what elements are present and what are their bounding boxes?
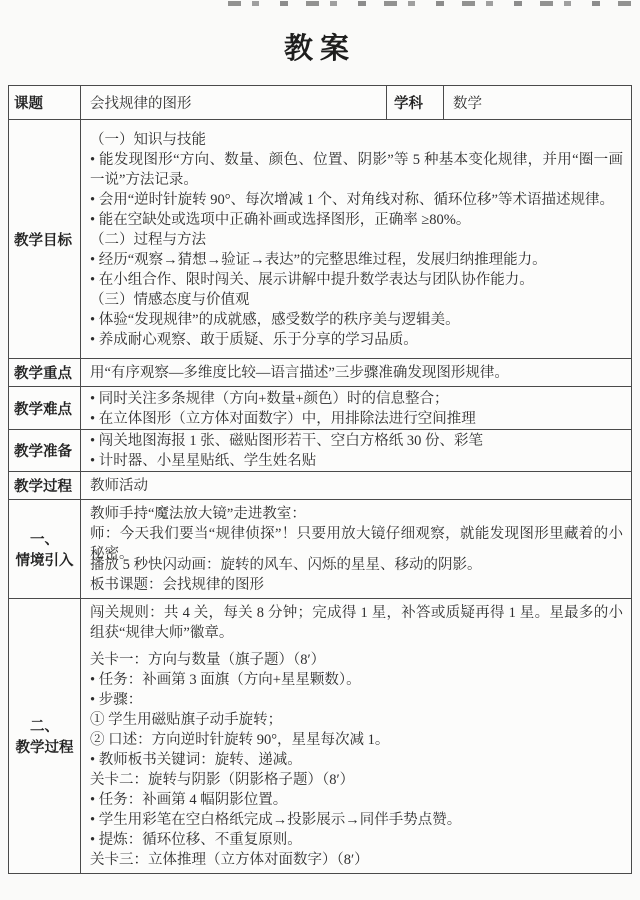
intro-content: 教师手持“魔法放大镜”走进教室： 师：今天我们要当“规律侦探”！只要用放大镜仔细… bbox=[81, 500, 631, 598]
text-line: 教师活动 bbox=[90, 476, 623, 496]
text-line: • 体验“发现规律”的成就感，感受数学的秩序美与逻辑美。 bbox=[90, 310, 623, 330]
text-line: 用“有序观察—多维度比较—语言描述”三步骤准确发现图形规律。 bbox=[90, 363, 623, 383]
text-line: 教师手持“魔法放大镜”走进教室： bbox=[90, 504, 623, 524]
text-line: • 在立体图形（立方体对面数字）中，用排除法进行空间推理 bbox=[90, 409, 623, 429]
difficulties-label: 教学难点 bbox=[9, 387, 81, 429]
text-line: • 能发现图形“方向、数量、颜色、位置、阴影”等 5 种基本变化规律，并用“圈一… bbox=[90, 150, 623, 190]
text-line: 关卡二：旋转与阴影（阴影格子题）（8′） bbox=[90, 770, 623, 790]
preparation-content: • 闯关地图海报 1 张、磁贴图形若干、空白方格纸 30 份、彩笔 • 计时器、… bbox=[81, 430, 631, 471]
text-line: ① 学生用磁贴旗子动手旋转； bbox=[90, 710, 623, 730]
table-row-intro: 一、 情境引入 教师手持“魔法放大镜”走进教室： 师：今天我们要当“规律侦探”！… bbox=[9, 499, 631, 598]
main-process-label: 二、 教学过程 bbox=[9, 599, 81, 873]
main-process-label-text: 教学过程 bbox=[9, 736, 80, 757]
topic-value: 会找规律的图形 bbox=[81, 86, 386, 119]
text-line: • 学生用彩笔在空白格纸完成→投影展示→同伴手势点赞。 bbox=[90, 810, 623, 830]
objectives-content: （一）知识与技能 • 能发现图形“方向、数量、颜色、位置、阴影”等 5 种基本变… bbox=[81, 120, 631, 358]
text-line: • 教师板书关键词：旋转、递减。 bbox=[90, 750, 623, 770]
main-process-content: 闯关规则：共 4 关，每关 8 分钟；完成得 1 星，补答或质疑再得 1 星。星… bbox=[81, 599, 631, 873]
process-header-label: 教学过程 bbox=[9, 472, 81, 499]
text-line: ② 口述：方向逆时针旋转 90°，星星每次减 1。 bbox=[90, 730, 623, 750]
table-row-difficulties: 教学难点 • 同时关注多条规律（方向+数量+颜色）时的信息整合； • 在立体图形… bbox=[9, 386, 631, 429]
text-line: • 经历“观察→猜想→验证→表达”的完整思维过程，发展归纳推理能力。 bbox=[90, 250, 623, 270]
text-line: • 在小组合作、限时闯关、展示讲解中提升数学表达与团队协作能力。 bbox=[90, 270, 623, 290]
text-line: • 同时关注多条规律（方向+数量+颜色）时的信息整合； bbox=[90, 389, 623, 409]
text-line bbox=[90, 630, 623, 650]
table-row-objectives: 教学目标 （一）知识与技能 • 能发现图形“方向、数量、颜色、位置、阴影”等 5… bbox=[9, 119, 631, 358]
page-title: 教案 bbox=[0, 26, 640, 67]
process-header-content: 教师活动 bbox=[81, 472, 631, 499]
text-line: • 提炼：循环位移、不重复原则。 bbox=[90, 830, 623, 850]
table-row-topic: 课题 会找规律的图形 学科 数学 bbox=[9, 86, 631, 119]
text-line: 板书课题：会找规律的图形 bbox=[90, 575, 623, 595]
difficulties-content: • 同时关注多条规律（方向+数量+颜色）时的信息整合； • 在立体图形（立方体对… bbox=[81, 387, 631, 429]
main-process-label-number: 二、 bbox=[9, 715, 80, 736]
text-line: • 任务：补画第 4 幅阴影位置。 bbox=[90, 790, 623, 810]
text-line: （三）情感态度与价值观 bbox=[90, 290, 623, 310]
text-line: • 任务：补画第 3 面旗（方向+星星颗数）。 bbox=[90, 670, 623, 690]
text-line: （二）过程与方法 bbox=[90, 230, 623, 250]
text-line: （一）知识与技能 bbox=[90, 130, 623, 150]
subject-value: 数学 bbox=[444, 86, 631, 119]
intro-label-number: 一、 bbox=[9, 528, 80, 549]
text-line: • 会用“逆时针旋转 90°、每次增减 1 个、对角线对称、循环位移”等术语描述… bbox=[90, 190, 623, 210]
text-line: • 步骤： bbox=[90, 690, 623, 710]
text-line: • 计时器、小星星贴纸、学生姓名贴 bbox=[90, 451, 623, 471]
text-line: 关卡三：立体推理（立方体对面数字）（8′） bbox=[90, 850, 623, 870]
table-row-main-process: 二、 教学过程 闯关规则：共 4 关，每关 8 分钟；完成得 1 星，补答或质疑… bbox=[9, 598, 631, 873]
text-line: 播放 5 秒快闪动画：旋转的风车、闪烁的星星、移动的阴影。 bbox=[90, 555, 623, 575]
text-line: 关卡一：方向与数量（旗子题）（8′） bbox=[90, 650, 623, 670]
key-points-label: 教学重点 bbox=[9, 359, 81, 386]
objectives-label: 教学目标 bbox=[9, 120, 81, 358]
cut-off-text-artifact bbox=[228, 1, 636, 6]
table-row-process-header: 教学过程 教师活动 bbox=[9, 471, 631, 499]
table-row-preparation: 教学准备 • 闯关地图海报 1 张、磁贴图形若干、空白方格纸 30 份、彩笔 •… bbox=[9, 429, 631, 471]
subject-label: 学科 bbox=[386, 86, 444, 119]
lesson-plan-table: 课题 会找规律的图形 学科 数学 教学目标 （一）知识与技能 • 能发现图形“方… bbox=[8, 85, 632, 874]
intro-label: 一、 情境引入 bbox=[9, 500, 81, 598]
topic-label: 课题 bbox=[9, 86, 81, 119]
intro-label-text: 情境引入 bbox=[9, 549, 80, 570]
table-row-key-points: 教学重点 用“有序观察—多维度比较—语言描述”三步骤准确发现图形规律。 bbox=[9, 358, 631, 386]
key-points-content: 用“有序观察—多维度比较—语言描述”三步骤准确发现图形规律。 bbox=[81, 359, 631, 386]
text-line: 师：今天我们要当“规律侦探”！只要用放大镜仔细观察，就能发现图形里藏着的小秘密。 bbox=[90, 524, 623, 555]
text-line: • 闯关地图海报 1 张、磁贴图形若干、空白方格纸 30 份、彩笔 bbox=[90, 431, 623, 451]
text-line: • 能在空缺处或选项中正确补画或选择图形，正确率 ≥80%。 bbox=[90, 210, 623, 230]
preparation-label: 教学准备 bbox=[9, 430, 81, 471]
text-line: • 养成耐心观察、敢于质疑、乐于分享的学习品质。 bbox=[90, 330, 623, 350]
text-line: 闯关规则：共 4 关，每关 8 分钟；完成得 1 星，补答或质疑再得 1 星。星… bbox=[90, 603, 623, 630]
